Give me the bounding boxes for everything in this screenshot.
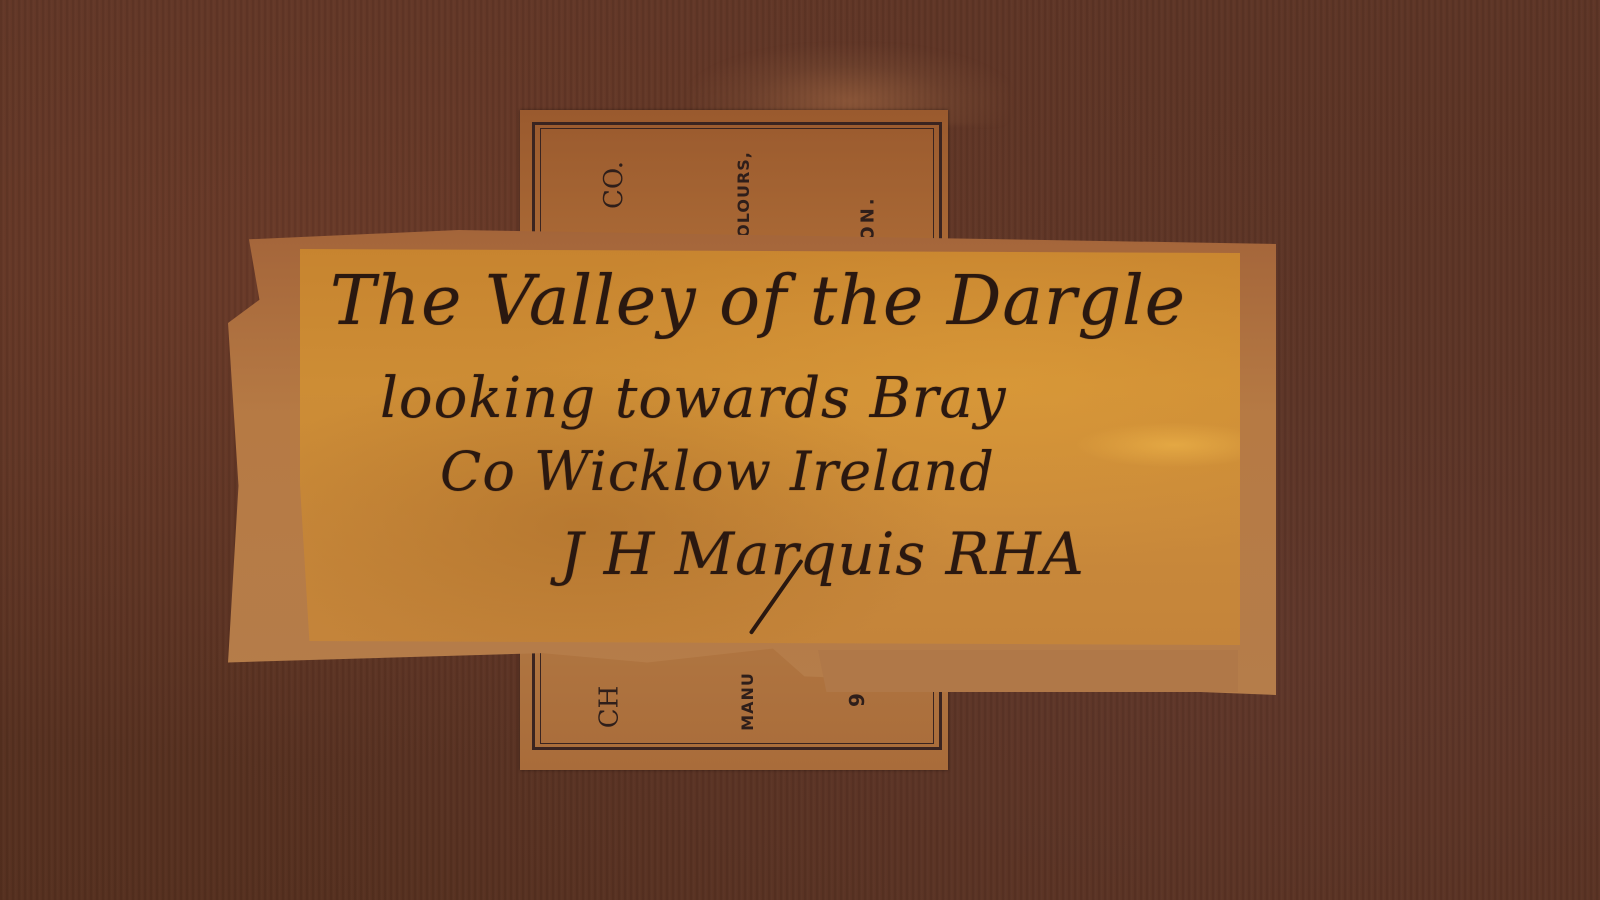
title-line: The Valley of the Dargle: [330, 262, 1186, 341]
printed-text-on: ON.: [858, 195, 879, 241]
torn-paper-strip: [818, 650, 1238, 692]
printed-text-manu: MANU: [738, 672, 757, 731]
printed-text-co: CO.: [599, 161, 629, 209]
printed-text-number: 9: [845, 693, 869, 707]
artist-signature: J H Marquis RHA: [560, 520, 1085, 588]
location-line: Co Wicklow Ireland: [440, 440, 995, 503]
printed-text-colours: OLOURS,: [734, 151, 753, 238]
subtitle-line: looking towards Bray: [380, 366, 1007, 431]
printed-text-ch: CH: [594, 686, 624, 729]
